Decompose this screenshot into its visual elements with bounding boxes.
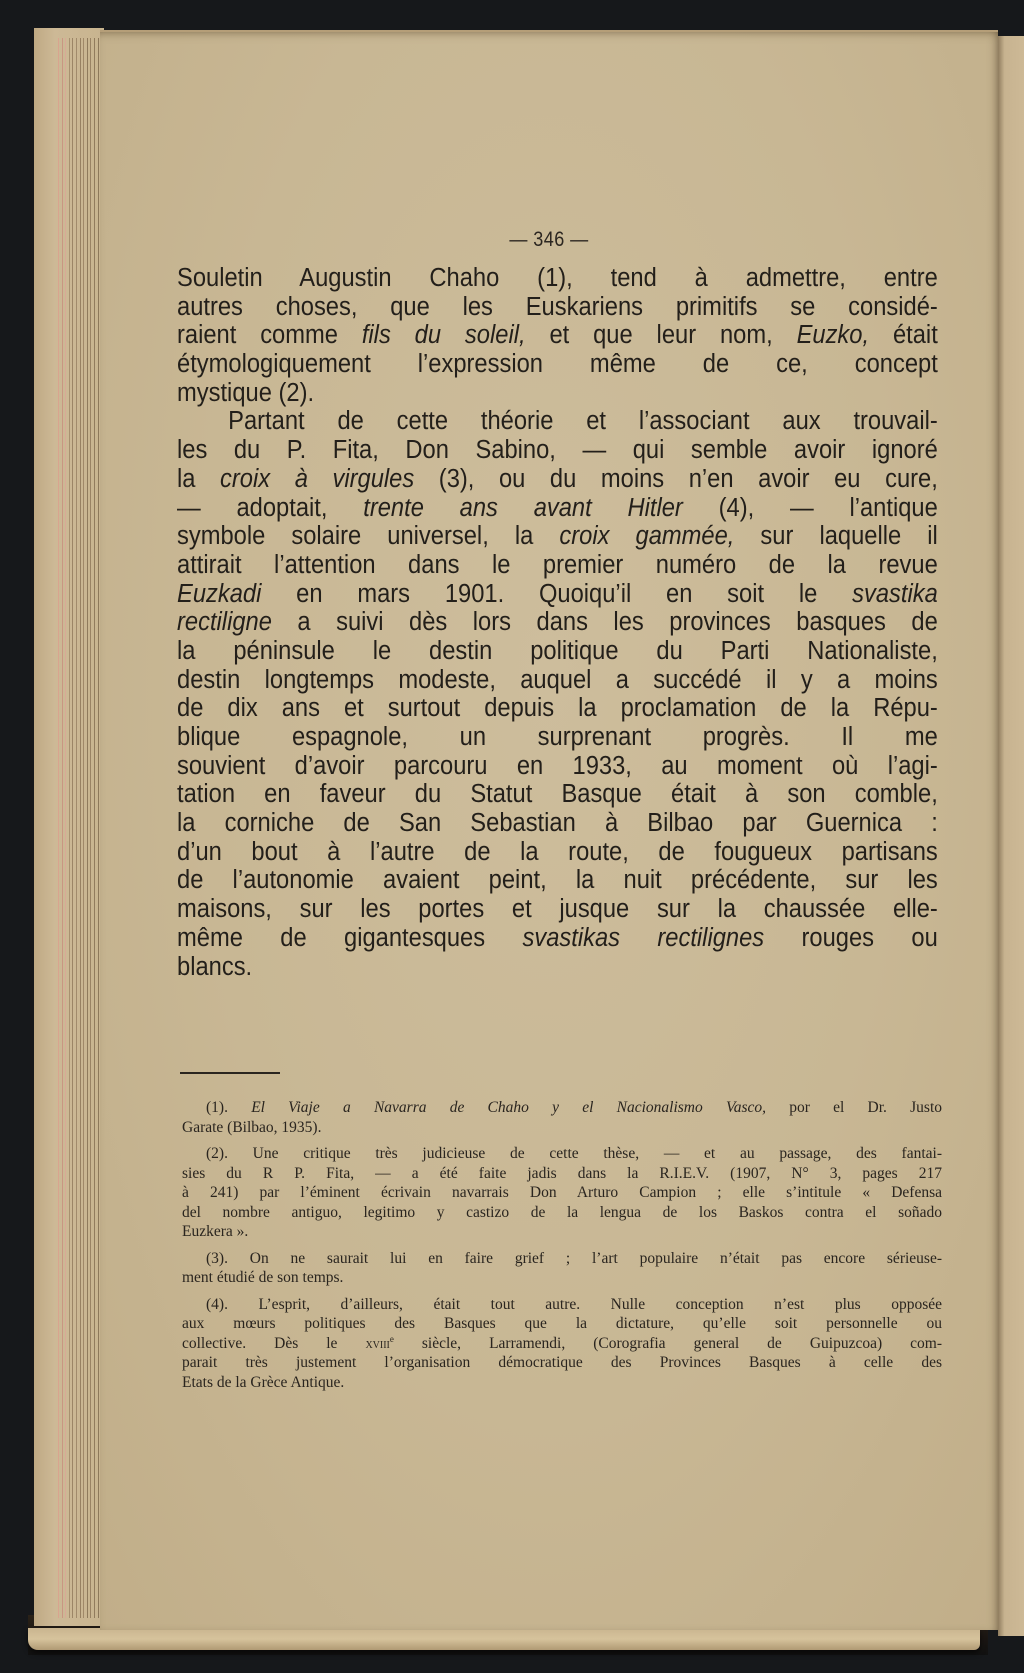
scanned-book-spread: — 346 — Souletin Augustin Chaho (1), ten… [0,0,1024,1673]
text-run: parait très justement l’organisation dém… [182,1354,942,1371]
body-line: de dix ans et surtout depuis la proclama… [177,694,938,723]
footnote-3: (3). On ne saurait lui en faire grief ; … [182,1249,942,1288]
text-run: les du P. Fita, Don Sabino, — qui semble… [177,436,938,464]
italic-text: svastika [852,580,938,608]
text-run: d’un bout à l’autre de la route, de foug… [177,838,938,866]
text-run: blancs. [177,953,252,981]
footnote-line: (2). Une critique très judicieuse de cet… [182,1144,942,1164]
footnote-4: (4). L’esprit, d’ailleurs, était tout au… [182,1295,942,1393]
page-number: — 346 — [163,228,935,252]
footnote-line: Garate (Bilbao, 1935). [182,1118,942,1138]
page-edge-line [65,38,66,1618]
body-line: rectiligne a suivi dès lors dans les pro… [177,608,938,637]
footnotes: (1). El Viaje a Navarra de Chaho y el Na… [182,1098,942,1399]
italic-text: croix gammée, [559,522,734,550]
text-run: blique espagnole, un surprenant progrès.… [177,723,938,751]
text-run: la péninsule le destin politique du Part… [177,637,938,665]
body-line: souvient d’avoir parcouru en 1933, au mo… [177,752,938,781]
text-run: por el Dr. Justo [766,1099,942,1116]
footnote-line: ment étudié de son temps. [182,1268,942,1288]
body-line: même de gigantesques svastikas rectilign… [177,924,938,953]
body-text: Souletin Augustin Chaho (1), tend à adme… [177,264,938,981]
text-run: Euzkera ». [182,1223,248,1240]
body-line: la péninsule le destin politique du Part… [177,637,938,666]
body-line: mystique (2). [177,379,938,408]
page-edge-line [90,38,91,1618]
footnote-separator [180,1072,280,1074]
text-run: Partant de cette théorie et l’associant … [228,407,938,435]
body-line: les du P. Fita, Don Sabino, — qui semble… [177,436,938,465]
italic-text: El Viaje a Navarra de Chaho y el Naciona… [251,1099,766,1116]
page-edge-line [62,38,63,1618]
body-line: tation en faveur du Statut Basque était … [177,780,938,809]
italic-text: croix à virgules [220,465,414,493]
page-edge-line [98,38,99,1618]
footnote-line: (4). L’esprit, d’ailleurs, était tout au… [182,1295,942,1315]
footnote-line: parait très justement l’organisation dém… [182,1353,942,1373]
text-run: aux mœurs politiques des Basques que la … [182,1315,942,1332]
italic-text: svastikas rectilignes [522,924,764,952]
page-edge-line [76,38,77,1618]
text-run: rouges ou [764,924,938,952]
text-run: Etats de la Grèce Antique. [182,1374,344,1391]
italic-text: rectiligne [177,608,272,636]
text-run: et que leur nom, [526,321,797,349]
footnote-line: Euzkera ». [182,1222,942,1242]
text-run: la corniche de San Sebastian à Bilbao pa… [177,809,938,837]
body-line: autres choses, que les Euskariens primit… [177,293,938,322]
footnote-line: collective. Dès le xviiie siècle, Larram… [182,1334,942,1354]
footnote-line: (1). El Viaje a Navarra de Chaho y el Na… [182,1098,942,1118]
text-run: symbole solaire universel, la [177,522,559,550]
text-run: en mars 1901. Quoiqu’il en soit le [261,580,852,608]
page-edge-line [80,38,81,1618]
footnote-line: à 241) par l’éminent écrivain navarrais … [182,1183,942,1203]
page-edge-line [94,38,95,1618]
body-line: destin longtemps modeste, auquel a succé… [177,666,938,695]
body-line: Souletin Augustin Chaho (1), tend à adme… [177,264,938,293]
text-run: (2). Une critique très judicieuse de cet… [206,1145,942,1162]
text-run: (3). On ne saurait lui en faire grief ; … [206,1250,942,1267]
text-run: tation en faveur du Statut Basque était … [177,780,938,808]
body-line: Euzkadi en mars 1901. Quoiqu’il en soit … [177,580,938,609]
text-run: — adoptait, [177,494,363,522]
body-line: raient comme fils du soleil, et que leur… [177,321,938,350]
italic-text: trente ans avant Hitler [363,494,683,522]
text-run: xviii [365,1337,389,1352]
text-run: souvient d’avoir parcouru en 1933, au mo… [177,752,938,780]
text-run: sies du R P. Fita, — a été faite jadis d… [182,1165,942,1182]
italic-text: fils du soleil, [362,321,526,349]
body-line: symbole solaire universel, la croix gamm… [177,522,938,551]
body-line: de l’autonomie avaient peint, la nuit pr… [177,866,938,895]
text-run: (3), ou du moins n’en avoir eu cure, [414,465,938,493]
text-run: destin longtemps modeste, auquel a succé… [177,666,938,694]
body-line: Partant de cette théorie et l’associant … [177,407,938,436]
next-page-edge [998,36,1024,1636]
text-run: (1). [206,1099,251,1116]
text-run: étymologiquement l’expression même de ce… [177,350,938,378]
footnote-line: del nombre antiguo, legitimo y castizo d… [182,1203,942,1223]
page-edge-line [69,38,70,1618]
text-run: mystique (2). [177,379,314,407]
text-run: del nombre antiguo, legitimo y castizo d… [182,1204,942,1221]
body-line: étymologiquement l’expression même de ce… [177,350,938,379]
page-edges-stack [34,28,104,1626]
italic-text: Euzko, [797,321,870,349]
body-line: la corniche de San Sebastian à Bilbao pa… [177,809,938,838]
footnote-1: (1). El Viaje a Navarra de Chaho y el Na… [182,1098,942,1137]
page-edge-line [58,38,59,1618]
text-run: à 241) par l’éminent écrivain navarrais … [182,1184,942,1201]
body-line: maisons, sur les portes et jusque sur la… [177,895,938,924]
text-run: collective. Dès le [182,1335,365,1352]
text-run: la [177,465,220,493]
footnote-line: (3). On ne saurait lui en faire grief ; … [182,1249,942,1269]
text-run: de l’autonomie avaient peint, la nuit pr… [177,866,938,894]
page-edge-line [83,38,84,1618]
text-run: maisons, sur les portes et jusque sur la… [177,895,938,923]
footnote-line: sies du R P. Fita, — a été faite jadis d… [182,1164,942,1184]
text-run: autres choses, que les Euskariens primit… [177,293,938,321]
text-run: attirait l’attention dans le premier num… [177,551,938,579]
body-line: attirait l’attention dans le premier num… [177,551,938,580]
footnote-line: Etats de la Grèce Antique. [182,1373,942,1393]
footnote-line: aux mœurs politiques des Basques que la … [182,1314,942,1334]
body-line: blique espagnole, un surprenant progrès.… [177,723,938,752]
text-run: a suivi dès lors dans les provinces basq… [272,608,938,636]
body-line: la croix à virgules (3), ou du moins n’e… [177,465,938,494]
body-line: — adoptait, trente ans avant Hitler (4),… [177,494,938,523]
text-run: était [869,321,938,349]
page-edge-line [87,38,88,1618]
text-run: de dix ans et surtout depuis la proclama… [177,694,938,722]
text-run: siècle, Larramendi, (Corografia general … [394,1335,942,1352]
page-edge-line [72,38,73,1618]
text-run: raient comme [177,321,362,349]
book-bottom-edge [28,1628,980,1650]
text-run: Souletin Augustin Chaho (1), tend à adme… [177,264,938,292]
text-run: sur laquelle il [734,522,937,550]
text-run: (4), — l’antique [683,494,938,522]
body-line: d’un bout à l’autre de la route, de foug… [177,838,938,867]
text-run: même de gigantesques [177,924,522,952]
body-line: blancs. [177,953,938,982]
text-run: ment étudié de son temps. [182,1269,343,1286]
text-run: (4). L’esprit, d’ailleurs, était tout au… [206,1296,942,1313]
footnote-2: (2). Une critique très judicieuse de cet… [182,1144,942,1242]
text-run: Garate (Bilbao, 1935). [182,1119,321,1136]
italic-text: Euzkadi [177,580,261,608]
